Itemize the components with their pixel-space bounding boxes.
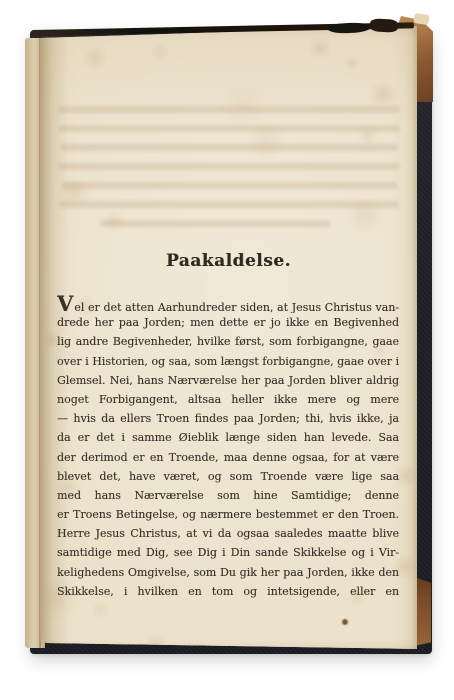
- showthrough-line: [58, 106, 400, 113]
- foxing-spot: [81, 44, 109, 72]
- book-photo: Paakaldelse. Vel er det atten Aarhundred…: [0, 0, 454, 700]
- text-line: over i Historien, og saa, som længst for…: [57, 352, 399, 371]
- drop-cap-initial: V: [57, 294, 73, 313]
- text-line: lig andre Begivenheder, hvilke først, so…: [57, 332, 399, 351]
- text-block: Vel er det atten Aarhundreder siden, at …: [57, 294, 399, 601]
- text-line: Vel er det atten Aarhundreder siden, at …: [57, 294, 399, 313]
- text-line: er Troens Betingelse, og nærmere bestemm…: [57, 505, 399, 524]
- showthrough-line: [100, 220, 330, 227]
- showthrough-line: [59, 201, 399, 208]
- text-line: der derimod er en Troende, maa denne ogs…: [57, 448, 399, 467]
- text-line-content: el er det atten Aarhundreder siden, at J…: [74, 301, 399, 313]
- ink-speck: [341, 618, 349, 626]
- text-line: da er det i samme Øieblik længe siden ha…: [57, 428, 399, 447]
- showthrough-line: [60, 144, 398, 151]
- torn-leather-fragment: [370, 18, 399, 32]
- book-page: Paakaldelse. Vel er det atten Aarhundred…: [40, 26, 417, 652]
- foxing-spot: [90, 600, 110, 620]
- showthrough-line: [58, 125, 400, 132]
- text-line: Skikkelse, i hvilken en tom og intetsige…: [57, 582, 399, 601]
- worn-corner-chip: [413, 13, 429, 25]
- text-line: Glemsel. Nei, hans Nærværelse her paa Jo…: [57, 371, 399, 390]
- text-line: blevet det, have været, og som Troende v…: [57, 467, 399, 486]
- text-line: — hvis da ellers Troen findes paa Jorden…: [57, 409, 399, 428]
- text-line: kelighedens Omgivelse, som Du gik her pa…: [57, 563, 399, 582]
- text-line: noget Forbigangent, altsaa heller ikke m…: [57, 390, 399, 409]
- showthrough-line: [62, 182, 398, 189]
- foxing-spot: [308, 36, 332, 60]
- foxing-spot: [217, 79, 269, 131]
- text-line: Herre Jesus Christus, at vi da ogsaa saa…: [57, 524, 399, 543]
- showthrough-line: [58, 163, 400, 170]
- foxing-spot: [344, 55, 360, 71]
- foxing-spot: [150, 42, 170, 62]
- text-line: med hans Nærværelse som hine Samtidige; …: [57, 486, 399, 505]
- text-line: samtidige med Dig, see Dig i Din sande S…: [57, 543, 399, 562]
- text-line: drede her paa Jorden; men dette er jo ik…: [57, 313, 399, 332]
- section-heading: Paakaldelse.: [57, 251, 400, 271]
